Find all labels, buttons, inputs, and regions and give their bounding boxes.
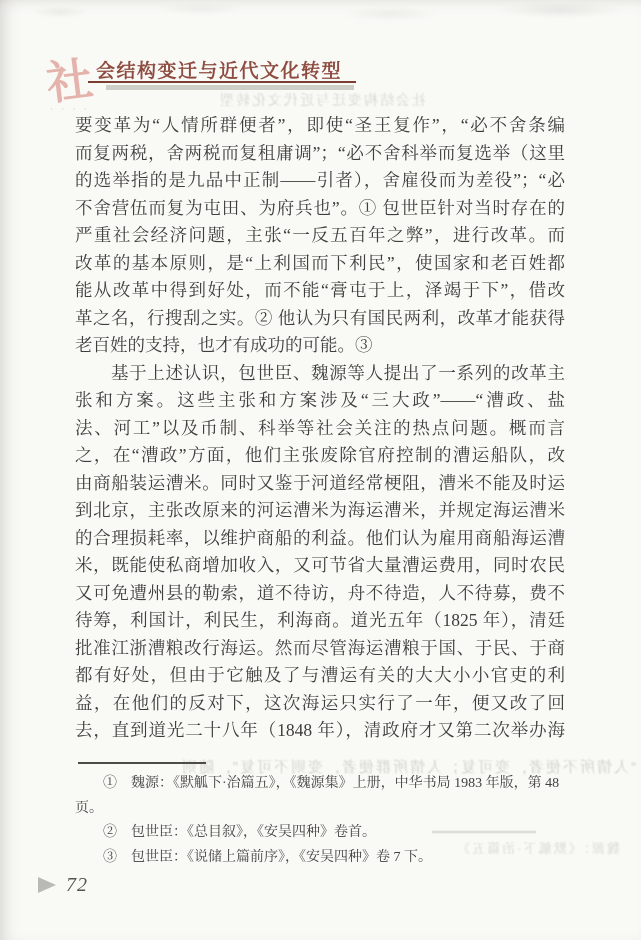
text-line: 米，既能使私商增加收入，又可节省大量漕运费用，同时农民: [75, 552, 565, 580]
page-number-marker-icon: [38, 877, 56, 893]
text-line: 又可免遭州县的勒索，道不待访，舟不待造，人不待募，费不: [75, 580, 565, 608]
text-line: 张和方案。这些主张和方案涉及“三大政”——“漕政、盐: [75, 387, 565, 415]
footnotes: ① 魏源：《默觚下·治篇五》，《魏源集》上册，中华书局 1983 年版，第 48…: [75, 772, 575, 870]
text-line: 要变革为“人情所群便者”，即使“圣王复作”，“必不舍条编: [75, 112, 565, 140]
body-text: 要变革为“人情所群便者”，即使“圣王复作”，“必不舍条编而复两税，舍两税而复租庸…: [75, 112, 565, 745]
page-footer: 72: [38, 872, 88, 898]
text-line: 益，在他们的反对下，这次海运只实行了一年，便又改了回: [75, 690, 565, 718]
text-line: 而复两税，舍两税而复租庸调”；“必不舍科举而复选举（这里: [75, 140, 565, 168]
footnote-line: ② 包世臣：《总目叙》，《安吴四种》卷首。: [75, 821, 575, 846]
footnote-line: ① 魏源：《默觚下·治篇五》，《魏源集》上册，中华书局 1983 年版，第 48: [75, 772, 575, 797]
text-line: 不舍营伍而复为屯田、为府兵也”。① 包世臣针对当时存在的: [75, 195, 565, 223]
text-line: 去，直到道光二十八年（1848 年），清政府才又第二次举办海: [75, 717, 565, 745]
text-line: 到北京，主张改原来的河运漕米为海运漕米，并规定海运漕米: [75, 497, 565, 525]
footnote-line: 页。: [75, 797, 575, 822]
footnote-line: ③ 包世臣：《说储上篇前序》，《安吴四种》卷 7 下。: [75, 846, 575, 871]
text-line: 革之名，行搜刮之实。② 他认为只有国民两利，改革才能获得: [75, 305, 565, 333]
text-line: 之，在“漕政”方面，他们主张废除官府控制的漕运船队，改: [75, 442, 565, 470]
scan-noise-artifact: [0, 0, 641, 34]
text-line: 法、河工”以及币制、科举等社会关注的热点问题。概而言: [75, 415, 565, 443]
text-line: 能从改革中得到好处，而不能“膏屯于上，泽竭于下”，借改: [75, 277, 565, 305]
text-line: 由商船装运漕米。同时又鉴于河道经常梗阻，漕米不能及时运: [75, 470, 565, 498]
running-head-title: 会结构变迁与近代文化转型: [96, 56, 436, 83]
footnote-separator: [78, 762, 206, 764]
text-line: 老百姓的支持，也才有成功的可能。③: [75, 332, 565, 360]
text-line: 严重社会经济问题，主张“一反五百年之弊”，进行改革。而: [75, 222, 565, 250]
page-number: 72: [66, 874, 88, 897]
text-line: 改革的基本原则，是“上利国而下利民”，使国家和老百姓都: [75, 250, 565, 278]
text-line: 都有好处，但由于它触及了与漕运有关的大大小小官吏的利: [75, 662, 565, 690]
bleed-through-text: 社会结构变迁与近代文化转型: [96, 90, 426, 110]
header-rule: [88, 81, 356, 83]
text-line: 的选举指的是九品中正制——引者），舍雇役而为差役”；“必: [75, 167, 565, 195]
text-line: 的合理损耗率，以维护商船的利益。他们认为雇用商船海运漕: [75, 525, 565, 553]
bleed-through-rule: [432, 831, 536, 833]
text-line: 待筹，利国计，利民生，利海商。道光五年（1825 年），清廷: [75, 607, 565, 635]
header-rule-shadow: [106, 85, 354, 90]
book-page: 社 · · · · 会结构变迁与近代文化转型 社会结构变迁与近代文化转型 要变革…: [0, 0, 641, 940]
text-line: 批准江浙漕粮改行海运。然而尽管海运漕粮于国、于民、于商: [75, 635, 565, 663]
text-line: 基于上述认识，包世臣、魏源等人提出了一系列的改革主: [75, 360, 565, 388]
